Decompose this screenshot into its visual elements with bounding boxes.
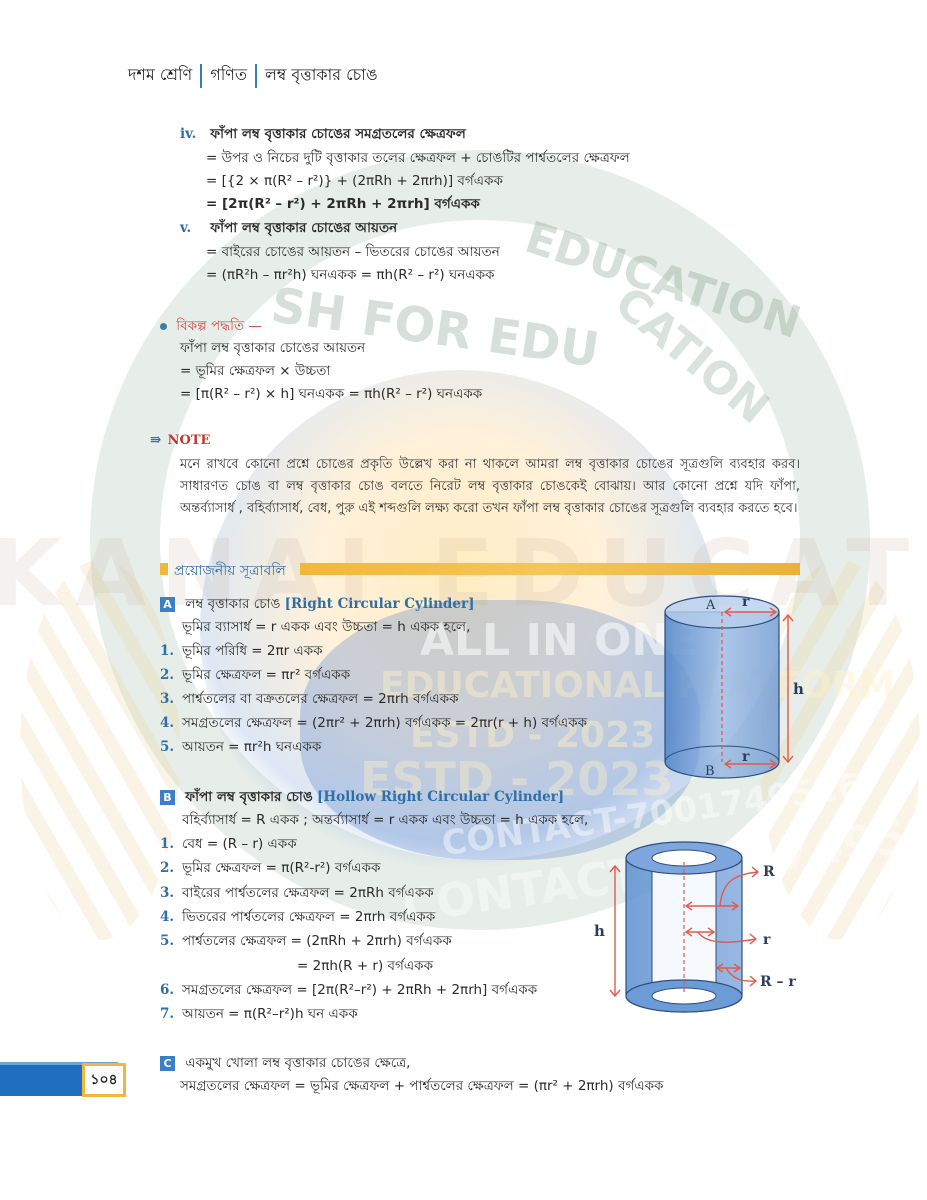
section-a-title: লম্ব বৃত্তাকার চোঙ [185, 596, 280, 612]
item-text: আয়তন = πr²h ঘনএকক [182, 739, 321, 755]
formulas-banner-title: প্রয়োজনীয় সূত্রাবলি [174, 559, 286, 583]
section-a-heading: A লম্ব বৃত্তাকার চোঙ [Right Circular Cyl… [160, 594, 474, 614]
section-v-line: = (πR²h – πr²h) ঘনএকক = πh(R² – r²) ঘনএক… [206, 265, 494, 285]
point-b-label: B [705, 764, 715, 779]
right-circular-cylinder-figure: A r h B r [655, 590, 815, 795]
section-b-formula-item: 5.পার্শ্বতলের ক্ষেত্রফল = (2πRh + 2πrh) … [160, 931, 452, 951]
section-b-formula-item: 2.ভূমির ক্ষেত্রফল = π(R²-r²) বর্গএকক [160, 858, 380, 878]
section-b-formula-item: 7.আয়তন = π(R²–r²)h ঘন একক [160, 1004, 358, 1024]
section-c-badge: C [160, 1056, 175, 1071]
item-number: 2. [160, 858, 182, 878]
section-a-title-en: [Right Circular Cylinder] [285, 596, 475, 612]
section-b-formula-item: = 2πh(R + r) বর্গএকক [160, 956, 433, 976]
alternative-method-heading: বিকল্প পদ্ধতি — [160, 316, 262, 336]
section-a-formula-item: 3.পার্শ্বতলের বা বক্রতলের ক্ষেত্রফল = 2π… [160, 689, 459, 709]
radius-top-label: r [742, 594, 750, 610]
section-v-marker: v. [180, 218, 206, 238]
height-label: h [594, 922, 605, 940]
item-text: আয়তন = π(R²–r²)h ঘন একক [182, 1006, 358, 1022]
note-body: মনে রাখবে কোনো প্রশ্নে চোঙের প্রকৃতি উল্… [180, 454, 800, 520]
section-iv-heading: iv. ফাঁপা লম্ব বৃত্তাকার চোঙের সমগ্রতলের… [180, 124, 466, 144]
watermark-laurel-left [20, 560, 180, 940]
point-a-label: A [705, 598, 716, 613]
banner-bar [300, 563, 800, 575]
breadcrumb-separator [255, 64, 257, 88]
section-iv-line: = উপর ও নিচের দুটি বৃত্তাকার তলের ক্ষেত্… [206, 148, 630, 168]
item-text: বেধ = (R – r) একক [182, 836, 297, 852]
section-a-intro: ভূমির ব্যাসার্ধ = r একক এবং উচ্চতা = h এ… [182, 617, 470, 637]
section-b-formula-item: 1.বেধ = (R – r) একক [160, 834, 297, 854]
section-v-line: = বাইরের চোঙের আয়তন – ভিতরের চোঙের আয়ত… [206, 242, 500, 262]
section-b-title-en: [Hollow Right Circular Cylinder] [317, 789, 564, 805]
section-a-badge: A [160, 597, 175, 612]
item-text: সমগ্রতলের ক্ষেত্রফল = (2πr² + 2πrh) বর্গ… [182, 715, 587, 731]
outer-radius-label: R [763, 864, 775, 880]
item-text: ভূমির ক্ষেত্রফল = πr² বর্গএকক [182, 667, 350, 683]
thickness-label: R – r [760, 974, 796, 990]
section-iv-title: ফাঁপা লম্ব বৃত্তাকার চোঙের সমগ্রতলের ক্ষ… [210, 126, 466, 142]
item-number: 7. [160, 1004, 182, 1024]
breadcrumb: দশম শ্রেণি গণিত লম্ব বৃত্তাকার চোঙ [128, 62, 378, 89]
section-b-heading: B ফাঁপা লম্ব বৃত্তাকার চোঙ [Hollow Right… [160, 787, 564, 807]
bullet-icon [160, 323, 167, 330]
section-a-formula-item: 2.ভূমির ক্ষেত্রফল = πr² বর্গএকক [160, 665, 350, 685]
note-icon: ⇛ [150, 432, 161, 448]
item-number: 3. [160, 689, 182, 709]
section-a-formula-item: 4.সমগ্রতলের ক্ষেত্রফল = (2πr² + 2πrh) বর… [160, 713, 587, 733]
section-c-heading: C একমুখ খোলা লম্ব বৃত্তাকার চোঙের ক্ষেত্… [160, 1053, 410, 1073]
item-number: 4. [160, 713, 182, 733]
item-number: 6. [160, 980, 182, 1000]
section-b-badge: B [160, 790, 175, 805]
section-a-formula-item: 5.আয়তন = πr²h ঘনএকক [160, 737, 321, 757]
breadcrumb-separator [200, 64, 202, 88]
item-number: 5. [160, 737, 182, 757]
alternative-line: = ভূমির ক্ষেত্রফল × উচ্চতা [180, 361, 330, 381]
alternative-line: ফাঁপা লম্ব বৃত্তাকার চোঙের আয়তন [180, 338, 365, 358]
watermark-education-text: EDUCATION [519, 212, 807, 349]
banner-stub [160, 563, 168, 575]
section-b-intro: বহির্ব্যাসার্ধ = R একক ; অন্তর্ব্যাসার্ধ… [182, 810, 588, 830]
breadcrumb-class: দশম শ্রেণি [128, 62, 192, 89]
item-text: বাইরের পার্শ্বতলের ক্ষেত্রফল = 2πRh বর্গ… [182, 885, 434, 901]
page-number: ১০৪ [82, 1063, 126, 1097]
item-text: = 2πh(R + r) বর্গএকক [297, 958, 433, 974]
item-text: পার্শ্বতলের ক্ষেত্রফল = (2πRh + 2πrh) বর… [182, 933, 452, 949]
item-text: ভূমির ক্ষেত্রফল = π(R²-r²) বর্গএকক [182, 860, 380, 876]
section-b-formula-item: 3.বাইরের পার্শ্বতলের ক্ষেত্রফল = 2πRh বর… [160, 883, 434, 903]
section-c-formula: সমগ্রতলের ক্ষেত্রফল = ভূমির ক্ষেত্রফল + … [180, 1076, 663, 1096]
section-b-formula-item: 4.ভিতরের পার্শ্বতলের ক্ষেত্রফল = 2πrh বর… [160, 907, 435, 927]
breadcrumb-subject: গণিত [210, 62, 247, 89]
section-iv-line: = [{2 × π(R² – r²)} + (2πRh + 2πrh)] বর্… [206, 171, 503, 191]
note-label: NOTE [168, 433, 211, 448]
item-number: 3. [160, 883, 182, 903]
section-a-formula-item: 1.ভূমির পরিধি = 2πr একক [160, 641, 323, 661]
item-text: পার্শ্বতলের বা বক্রতলের ক্ষেত্রফল = 2πrh… [182, 691, 459, 707]
item-number: 5. [160, 931, 182, 951]
alternative-method-title: বিকল্প পদ্ধতি — [176, 318, 262, 334]
inner-radius-label: r [763, 932, 771, 948]
item-text: ভূমির পরিধি = 2πr একক [182, 643, 323, 659]
section-c-title: একমুখ খোলা লম্ব বৃত্তাকার চোঙের ক্ষেত্রে… [185, 1055, 410, 1071]
note-heading: ⇛ NOTE [150, 430, 210, 451]
item-number: 4. [160, 907, 182, 927]
breadcrumb-chapter: লম্ব বৃত্তাকার চোঙ [265, 62, 378, 89]
item-number: 2. [160, 665, 182, 685]
section-iv-line: = [2π(R² – r²) + 2πRh + 2πrh] বর্গএকক [206, 194, 480, 214]
section-b-formula-item: 6.সমগ্রতলের ক্ষেত্রফল = [2π(R²–r²) + 2πR… [160, 980, 537, 1000]
hollow-cylinder-figure: h R r R – r [588, 836, 813, 1021]
height-label: h [793, 680, 804, 698]
radius-bottom-label: r [742, 749, 750, 765]
item-number: 1. [160, 834, 182, 854]
item-number: 1. [160, 641, 182, 661]
section-v-title: ফাঁপা লম্ব বৃত্তাকার চোঙের আয়তন [210, 220, 397, 236]
section-iv-marker: iv. [180, 124, 206, 144]
watermark-cation-text: CATION [605, 277, 778, 434]
section-v-heading: v. ফাঁপা লম্ব বৃত্তাকার চোঙের আয়তন [180, 218, 397, 238]
section-b-title: ফাঁপা লম্ব বৃত্তাকার চোঙ [185, 789, 312, 805]
item-text: ভিতরের পার্শ্বতলের ক্ষেত্রফল = 2πrh বর্গ… [182, 909, 435, 925]
item-text: সমগ্রতলের ক্ষেত্রফল = [2π(R²–r²) + 2πRh … [182, 982, 537, 998]
alternative-line: = [π(R² – r²) × h] ঘনএকক = πh(R² – r²) ঘ… [180, 384, 482, 404]
formulas-banner: প্রয়োজনীয় সূত্রাবলি [160, 560, 800, 578]
